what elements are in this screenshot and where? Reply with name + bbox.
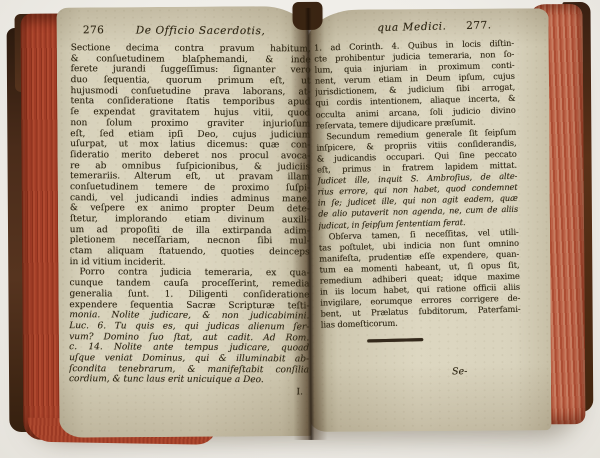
open-book: 276 De Officio Sacerdotis, Sectione deci… bbox=[4, 0, 595, 452]
text-line: ſtetur, implorando etiam divinum auxili- bbox=[70, 214, 310, 226]
text-line: generalia ſunt. 1. Diligenti conſiderati… bbox=[69, 289, 309, 301]
left-running-head: 276 De Officio Sacerdotis, bbox=[71, 24, 311, 37]
text-line: Sectione decima contra pravum habitum, bbox=[71, 43, 311, 55]
right-page-number: 277. bbox=[466, 19, 492, 32]
text-line: Luc. 6. Tu quis es, qui judicas alienum … bbox=[69, 321, 309, 333]
right-running-title: qua Medici. bbox=[357, 20, 466, 35]
left-catchword: I. bbox=[69, 386, 309, 397]
section-divider-rule bbox=[367, 339, 423, 343]
left-text-block: Sectione decima contra pravum habitum,& … bbox=[69, 43, 311, 386]
text-line: ſideratio merito deberet nos procul avoc… bbox=[70, 150, 310, 162]
left-running-title: De Officio Sacerdotis, bbox=[104, 24, 297, 37]
right-page-text: qua Medici. 277. 1. ad Corinth. 4. Quibu… bbox=[313, 19, 522, 381]
photo-stage: 276 De Officio Sacerdotis, Sectione deci… bbox=[0, 0, 600, 458]
right-catchword: Se- bbox=[452, 365, 522, 378]
text-line: non ſolum proximo graviter injurioſum bbox=[70, 118, 310, 130]
left-page-number: 276 bbox=[83, 24, 105, 36]
left-page-text: 276 De Officio Sacerdotis, Sectione deci… bbox=[69, 24, 311, 397]
text-line: cordium, & tunc laus erit unicuique a De… bbox=[69, 374, 309, 386]
text-line: uſque veniat Dominus, qui & illuminabit … bbox=[69, 353, 309, 365]
right-text-block: 1. ad Corinth. 4. Quibus in locis diſtin… bbox=[314, 38, 521, 331]
text-line: conſuetudinem temere de proximo ſuſpi- bbox=[70, 182, 310, 194]
